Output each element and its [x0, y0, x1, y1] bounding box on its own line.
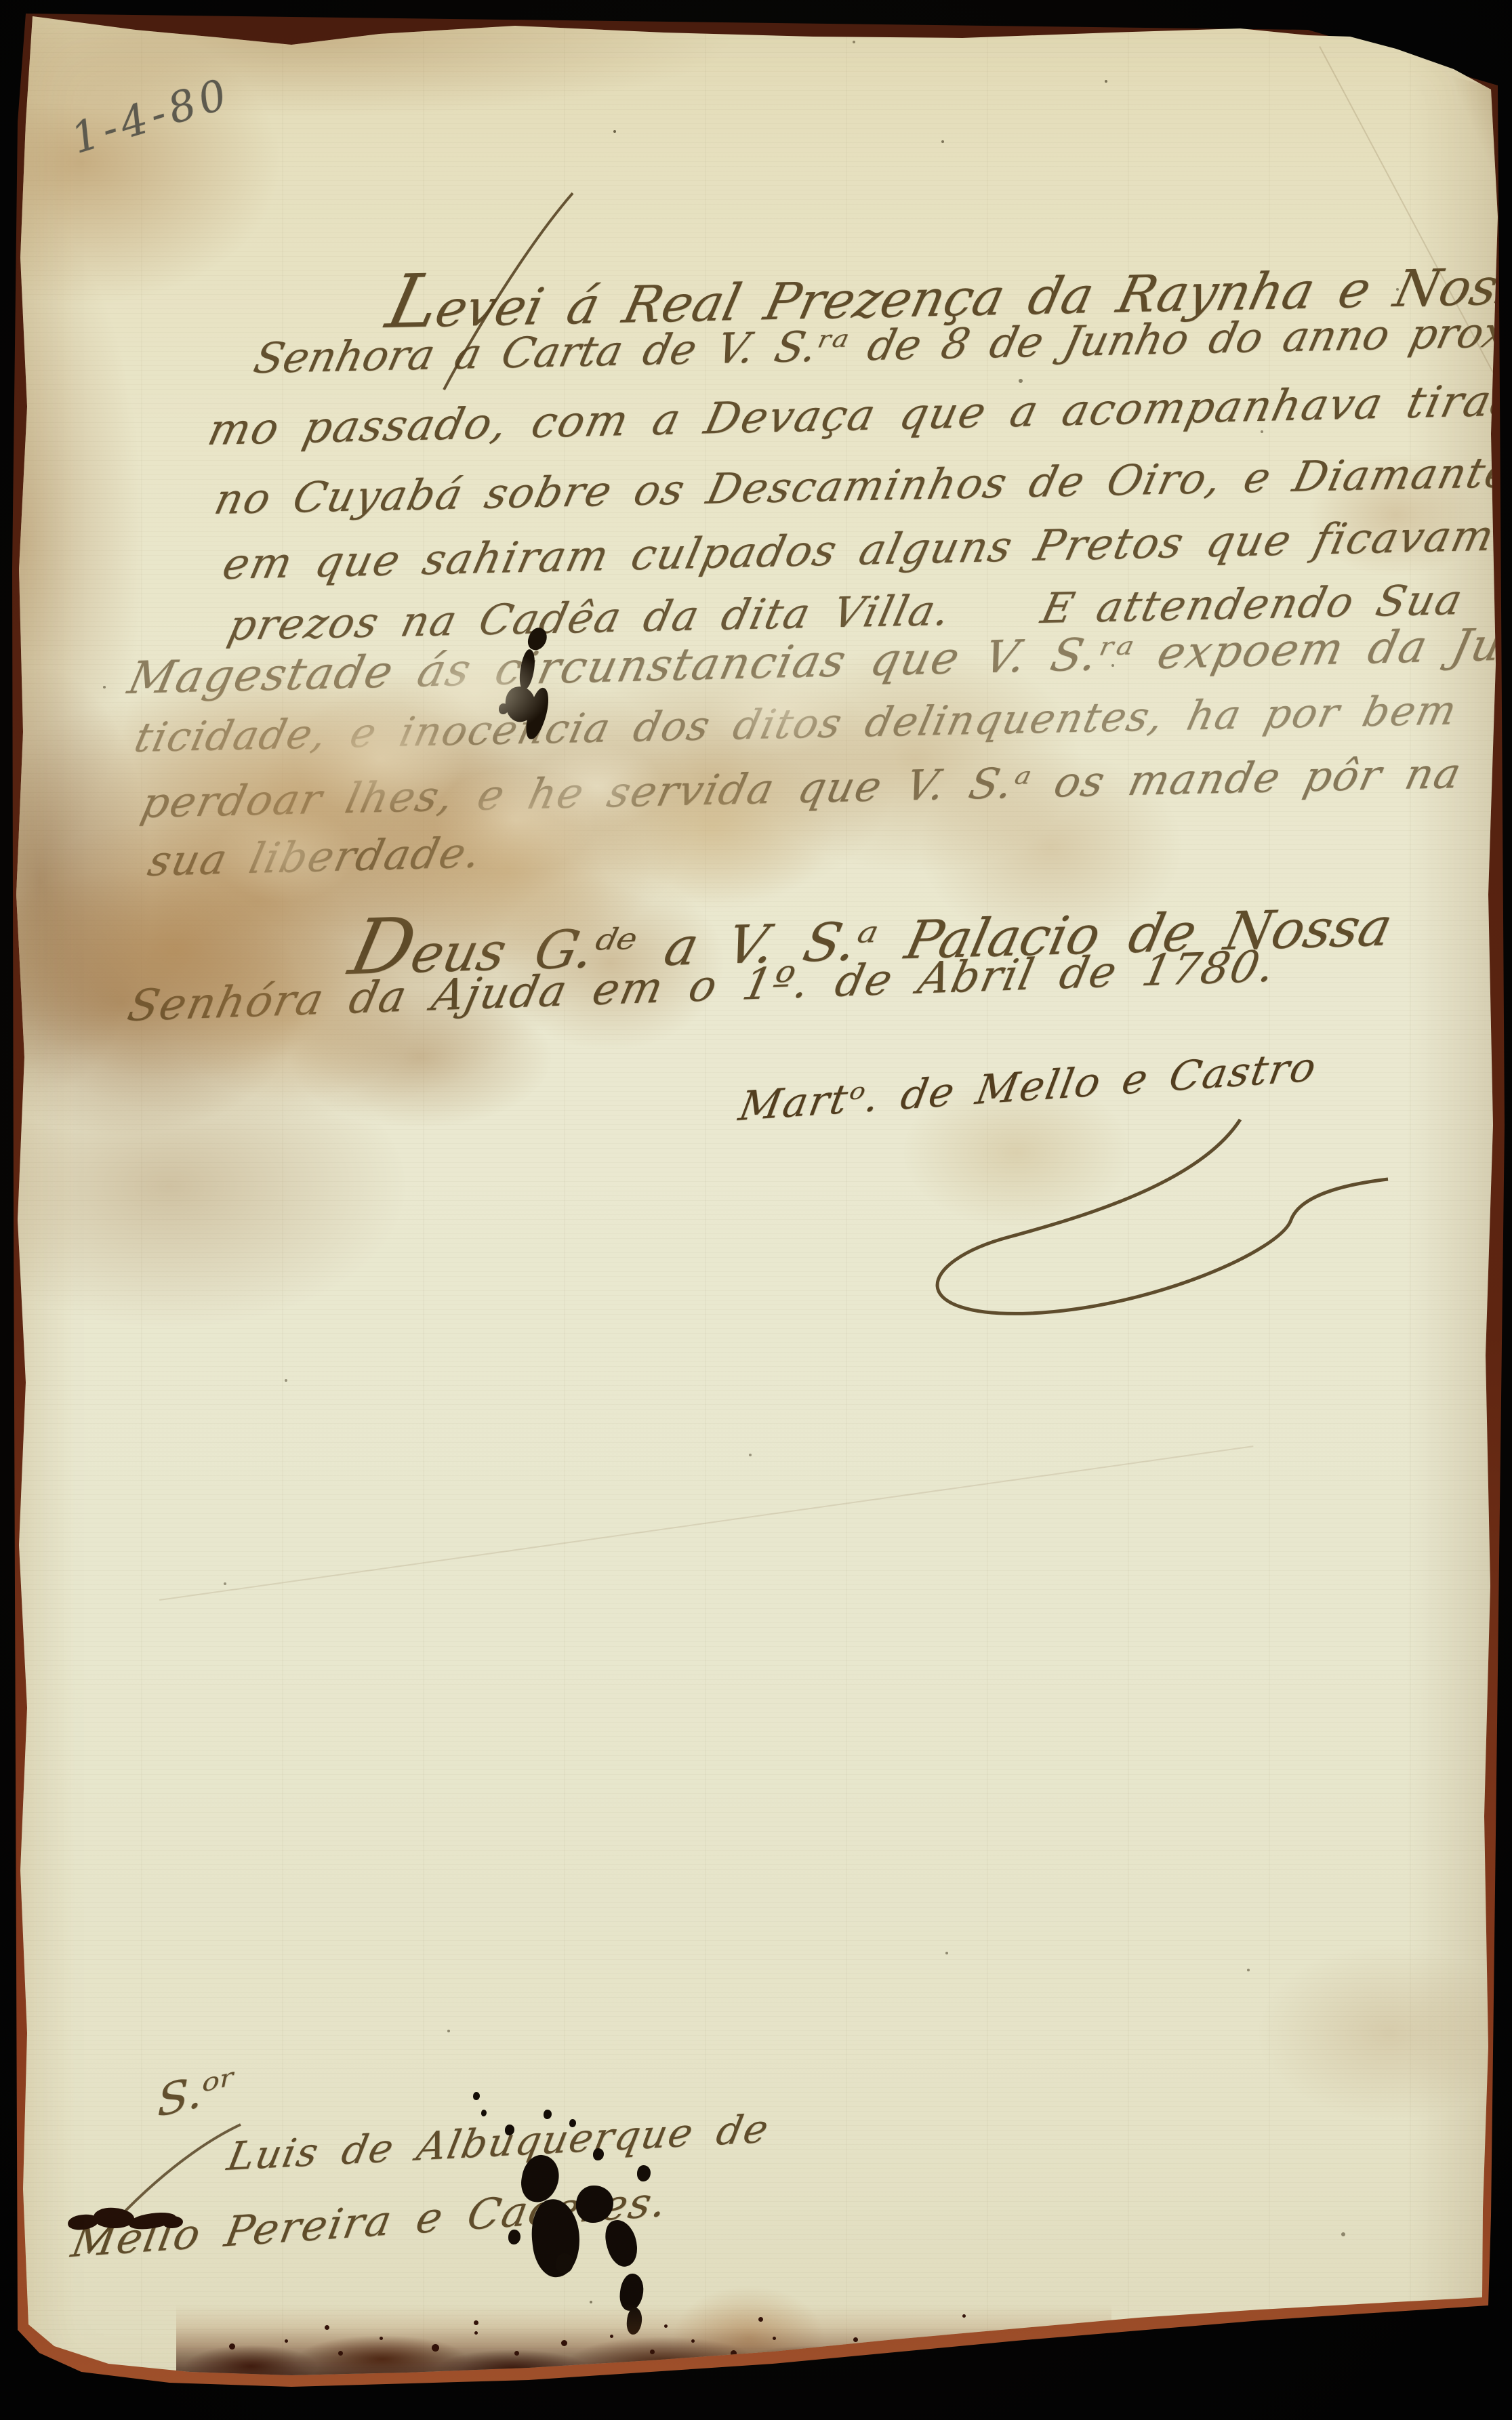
dust-specks [0, 0, 3, 3]
photograph-stage: 1-4-80 Levei á Real Prezença da Raynha e… [0, 0, 1512, 2420]
manuscript-paper: 1-4-80 Levei á Real Prezença da Raynha e… [0, 0, 1512, 2420]
paper-edge-vignette [0, 0, 1512, 2420]
bottom-edge-specks [0, 0, 3, 3]
